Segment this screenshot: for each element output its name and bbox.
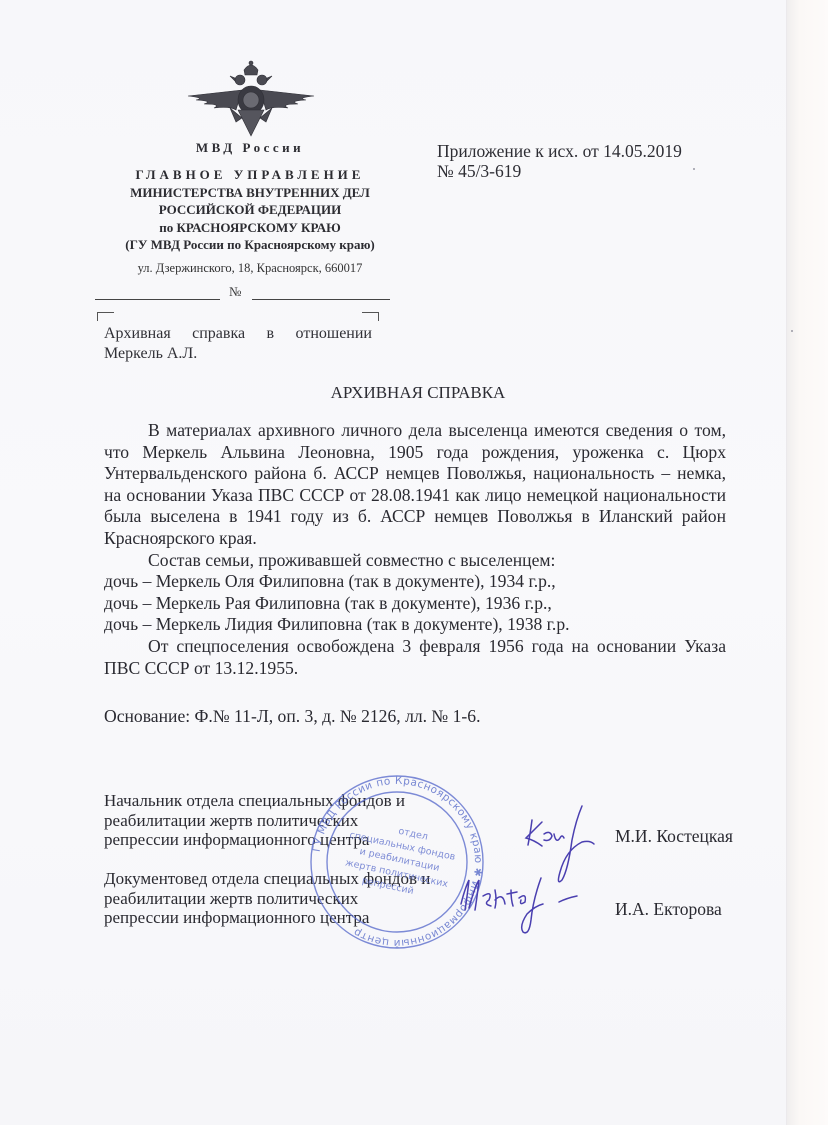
scan-speck: [791, 330, 793, 332]
organization-name-block: ГЛАВНОЕ УПРАВЛЕНИЕ МИНИСТЕРСТВА ВНУТРЕНН…: [100, 166, 400, 254]
org-line-1: ГЛАВНОЕ УПРАВЛЕНИЕ: [100, 166, 400, 184]
archive-basis: Основание: Ф.№ 11-Л, оп. 3, д. № 2126, л…: [104, 706, 480, 727]
family-intro: Состав семьи, проживавшей совместно с вы…: [104, 550, 726, 572]
subject-line-2: Меркель А.Л.: [104, 344, 372, 364]
family-member: дочь – Меркель Рая Филиповна (так в доку…: [104, 593, 726, 615]
attachment-reference: Приложение к исх. от 14.05.2019 № 45/3-6…: [437, 141, 682, 181]
subject-corner-left: [97, 312, 114, 321]
scan-page-edge: [786, 0, 828, 1125]
scan-speck: [693, 168, 695, 170]
signatory-name-2: И.А. Екторова: [615, 899, 722, 920]
release-paragraph: От спецпоселения освобождена 3 февраля 1…: [104, 636, 726, 679]
registration-number-line: [252, 299, 390, 300]
signatory-name-1: М.И. Костецкая: [615, 826, 733, 847]
registration-date-line: [95, 299, 220, 300]
document-subject: Архивная справка в отношении Меркель А.Л…: [104, 324, 372, 364]
paragraph-main: В материалах архивного личного дела высе…: [104, 420, 726, 550]
subject-line-1: Архивная справка в отношении: [104, 324, 372, 344]
document-body: В материалах архивного личного дела высе…: [104, 420, 726, 679]
document-title: АРХИВНАЯ СПРАВКА: [0, 383, 786, 403]
subject-word: в: [267, 324, 275, 344]
org-line-2: МИНИСТЕРСТВА ВНУТРЕННИХ ДЕЛ: [100, 184, 400, 202]
mvd-emblem-icon: [186, 60, 316, 138]
attachment-line-2: № 45/3-619: [437, 161, 682, 181]
subject-word: справка: [192, 324, 245, 344]
registration-number-sign: №: [229, 284, 241, 300]
org-line-4: по КРАСНОЯРСКОМУ КРАЮ: [100, 219, 400, 237]
signature-ektorova-icon: [455, 870, 595, 940]
family-member: дочь – Меркель Оля Филиповна (так в доку…: [104, 571, 726, 593]
org-line-3: РОССИЙСКОЙ ФЕДЕРАЦИИ: [100, 201, 400, 219]
organization-address: ул. Дзержинского, 18, Красноярск, 660017: [100, 261, 400, 276]
subject-corner-right: [362, 312, 379, 321]
subject-word: отношении: [296, 324, 372, 344]
family-member: дочь – Меркель Лидия Филиповна (так в до…: [104, 614, 726, 636]
attachment-line-1: Приложение к исх. от 14.05.2019: [437, 141, 682, 161]
ministry-short-name: МВД России: [100, 140, 400, 156]
subject-word: Архивная: [104, 324, 171, 344]
org-line-5: (ГУ МВД России по Красноярскому краю): [100, 236, 400, 254]
